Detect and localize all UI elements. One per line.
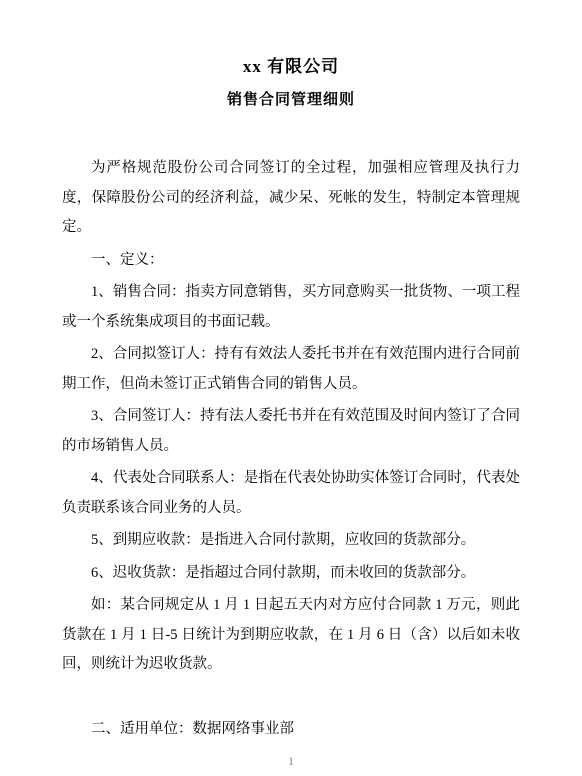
document-subtitle: 销售合同管理细则 xyxy=(0,91,582,109)
document-page: xx 有限公司 销售合同管理细则 为严格规范股份公司合同签订的全过程，加强相应管… xyxy=(0,0,582,776)
definition-item-2: 2、合同拟签订人：持有有效法人委托书并在有效范围内进行合同前期工作，但尚未签订正… xyxy=(62,340,520,399)
example-paragraph: 如：某合同规定从 1 月 1 日起五天内对方应付合同款 1 万元，则此货款在 1… xyxy=(62,591,520,680)
section-applicable-units: 二、适用单位：数据网络事业部 xyxy=(62,715,520,745)
definition-item-3: 3、合同签订人：持有法人委托书并在有效范围及时间内签订了合同的市场销售人员。 xyxy=(62,402,520,461)
section-definitions-heading: 一、定义： xyxy=(62,246,520,276)
blank-line xyxy=(62,683,520,712)
intro-paragraph: 为严格规范股份公司合同签订的全过程，加强相应管理及执行力度，保障股份公司的经济利… xyxy=(62,154,520,243)
page-number: 1 xyxy=(0,754,582,768)
document-body: 为严格规范股份公司合同签订的全过程，加强相应管理及执行力度，保障股份公司的经济利… xyxy=(62,154,520,744)
definition-item-4: 4、代表处合同联系人：是指在代表处协助实体签订合同时，代表处负责联系该合同业务的… xyxy=(62,464,520,523)
definition-item-1: 1、销售合同：指卖方同意销售，买方同意购买一批货物、一项工程或一个系统集成项目的… xyxy=(62,278,520,337)
definition-item-5: 5、到期应收款：是指进入合同付款期，应收回的货款部分。 xyxy=(62,526,520,556)
document-title: xx 有限公司 xyxy=(0,0,582,77)
definition-item-6: 6、迟收货款：是指超过合同付款期，而未收回的货款部分。 xyxy=(62,559,520,589)
